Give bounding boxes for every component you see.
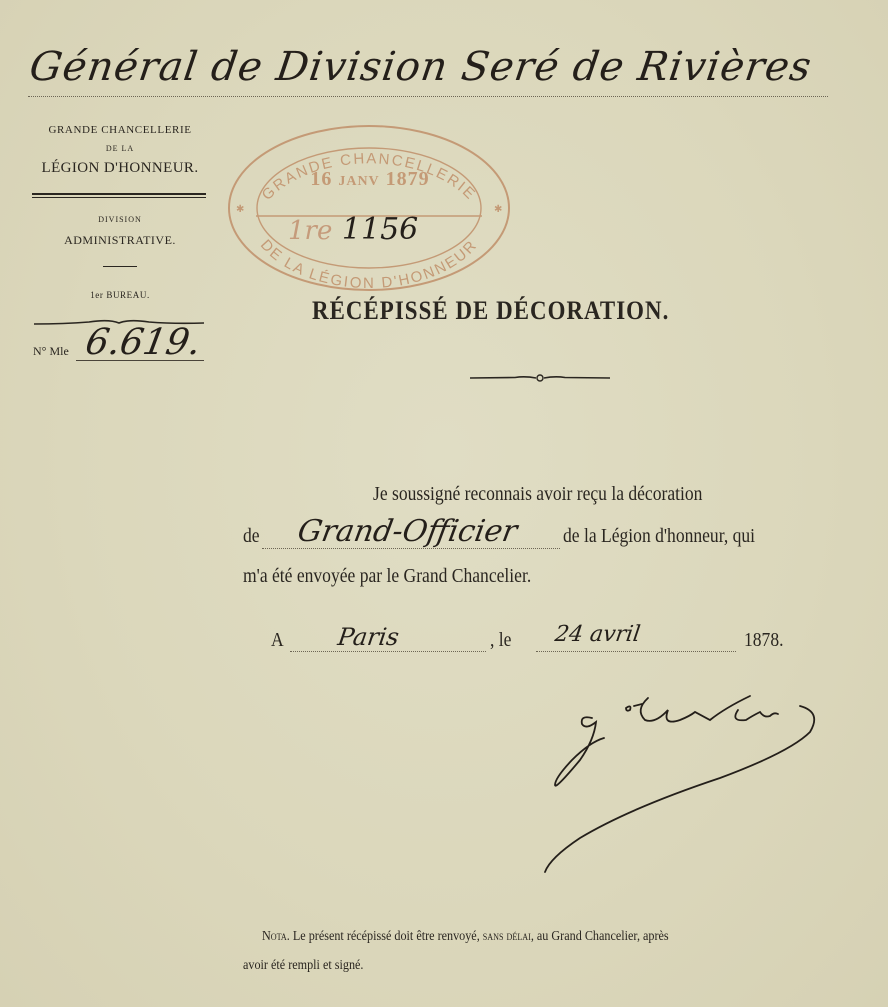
stamp-number: 1re 1156 [288, 212, 418, 247]
registration-number: 6.619. [82, 322, 204, 363]
divider-ornament-icon [470, 372, 610, 384]
number-label: N° Mle [33, 344, 69, 359]
stamp-handwritten-number: 1156 [342, 212, 418, 247]
stamp-printed-prefix: 1re [288, 216, 332, 246]
stamp-date: 16 JANV 1879 [280, 168, 460, 191]
nota-text-2: , au Grand Chancelier, après [531, 928, 669, 943]
body-line-1: Je soussigné reconnais avoir reçu la déc… [373, 484, 702, 506]
letterhead-rule-thin [32, 197, 206, 198]
svg-text:✱: ✱ [236, 204, 244, 215]
division-name: ADMINISTRATIVE. [20, 233, 220, 248]
letterhead-line3: LÉGION D'HONNEUR. [20, 160, 220, 177]
nota-line-1: Nota. Le présent récépissé doit être ren… [262, 928, 669, 944]
bureau-label: 1er BUREAU. [20, 290, 220, 300]
document-page: Général de Division Seré de Rivières GRA… [0, 0, 888, 1007]
place-prefix: A [271, 630, 284, 652]
stamp-month: JANV [338, 174, 379, 189]
nota-label: Nota. [262, 928, 290, 943]
chancellery-stamp-icon: GRANDE CHANCELLERIE DE LA LÉGION D'HONNE… [226, 122, 512, 294]
place-underline [290, 651, 486, 652]
letterhead-rule-thick [32, 193, 206, 195]
body-line-3: m'a été envoyée par le Grand Chancelier. [243, 566, 531, 588]
date-value: 24 avril [553, 622, 642, 647]
short-divider [103, 266, 137, 267]
date-prefix: , le [490, 630, 511, 652]
nota-text-1: Le présent récépissé doit être renvoyé, [293, 928, 480, 943]
recipient-underline [28, 96, 828, 97]
body-line-2-prefix: de [243, 526, 260, 548]
letterhead-line1: GRANDE CHANCELLERIE [20, 124, 220, 136]
handwritten-recipient-name: Général de Division Seré de Rivières [27, 44, 815, 90]
date-year: 1878. [744, 630, 783, 652]
place-value: Paris [336, 623, 401, 651]
nota-line-2: avoir été rempli et signé. [243, 957, 363, 973]
division-label: DIVISION [20, 215, 220, 224]
stamp-year: 1879 [386, 168, 430, 190]
document-title: RÉCÉPISSÉ DE DÉCORATION. [312, 296, 669, 326]
decoration-grade: Grand-Officier [295, 514, 520, 549]
date-underline [536, 651, 736, 652]
svg-text:✱: ✱ [494, 204, 502, 215]
nota-emphasis: sans délai [483, 928, 531, 943]
stamp-day: 16 [310, 168, 332, 190]
signature-icon [520, 690, 830, 880]
letterhead-line2: DE LA [20, 144, 220, 153]
body-line-2-suffix: de la Légion d'honneur, qui [563, 526, 755, 548]
